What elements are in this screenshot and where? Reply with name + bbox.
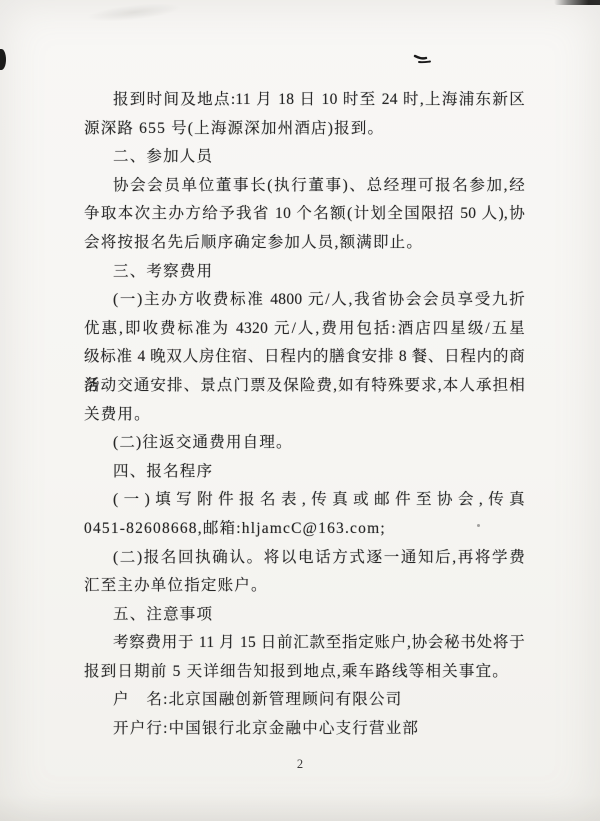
text-line: 关费用。 <box>84 401 525 430</box>
scanned-document-page: 报到时间及地点:11 月 18 日 10 时至 24 时,上海浦东新区 源深路 … <box>0 0 600 821</box>
text-line: 级标准 4 晚双人房住宿、日程内的膳食安排 8 餐、日程内的商务 <box>84 343 525 372</box>
scan-speck <box>477 524 480 527</box>
text-line: 报到时间及地点:11 月 18 日 10 时至 24 时,上海浦东新区 <box>84 86 525 115</box>
text-line: 协会会员单位董事长(执行董事)、总经理可报名参加,经 <box>84 172 525 201</box>
bank-branch-line: 开户行:中国银行北京金融中心支行营业部 <box>84 715 525 744</box>
text-line: 源深路 655 号(上海源深加州酒店)报到。 <box>84 115 525 144</box>
section-heading: 三、考察费用 <box>84 258 525 287</box>
text-line: (二)往返交通费用自理。 <box>84 429 525 458</box>
text-line: 活动交通安排、景点门票及保险费,如有特殊要求,本人承担相 <box>84 372 525 401</box>
text-line: 考察费用于 11 月 15 日前汇款至指定账户,协会秘书处将于 <box>84 629 525 658</box>
text-line: (一)填写附件报名表,传真或邮件至协会,传真 <box>84 486 525 515</box>
account-name-line: 户 名:北京国融创新管理顾问有限公司 <box>84 686 525 715</box>
document-body: 报到时间及地点:11 月 18 日 10 时至 24 时,上海浦东新区 源深路 … <box>84 86 525 744</box>
text-line: 汇至主办单位指定账户。 <box>84 572 525 601</box>
section-heading: 二、参加人员 <box>84 143 525 172</box>
section-heading: 四、报名程序 <box>84 458 525 487</box>
text-line: 优惠,即收费标准为 4320 元/人,费用包括:酒店四星级/五星 <box>84 315 525 344</box>
text-line: (二)报名回执确认。将以电话方式逐一通知后,再将学费 <box>84 544 525 573</box>
text-line: 0451-82608668,邮箱:hljamcC@163.com; <box>84 515 525 544</box>
section-heading: 五、注意事项 <box>84 601 525 630</box>
text-line: 报到日期前 5 天详细告知报到地点,乘车路线等相关事宜。 <box>84 658 525 687</box>
text-line: 争取本次主办方给予我省 10 个名额(计划全国限招 50 人),协 <box>84 200 525 229</box>
text-line: (一)主办方收费标准 4800 元/人,我省协会会员享受九折 <box>84 286 525 315</box>
scan-blob-left-edge <box>0 49 6 70</box>
scan-streak-top-left <box>85 0 181 25</box>
scan-bottom-shade <box>0 795 600 821</box>
ink-squiggle-mark <box>413 52 433 67</box>
text-line: 会将按报名先后顺序确定参加人员,额满即止。 <box>84 229 525 258</box>
scan-smear-top-right <box>554 0 600 5</box>
page-number: 2 <box>0 757 600 772</box>
